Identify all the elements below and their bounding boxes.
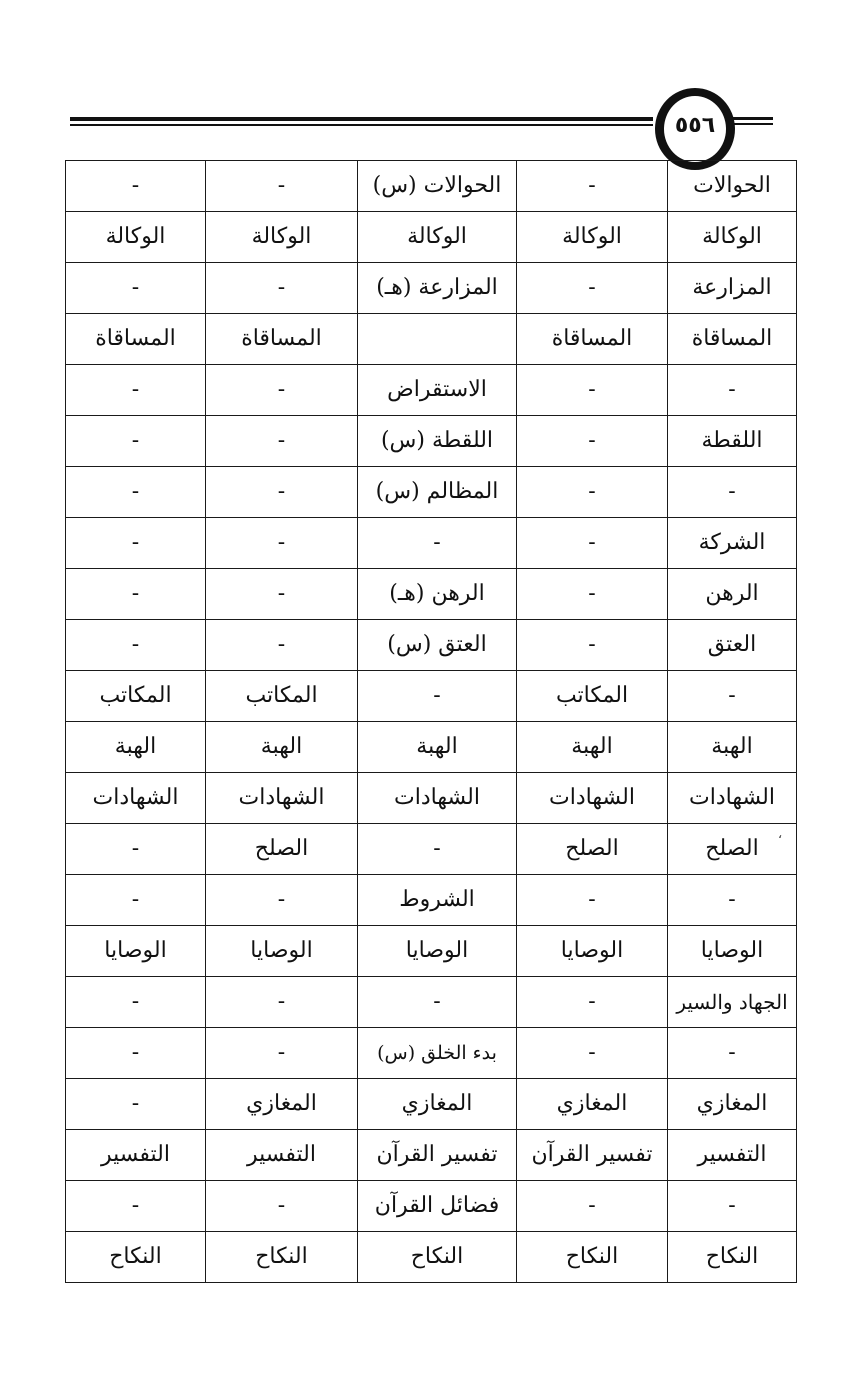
table-cell: -: [66, 620, 206, 671]
cell-text: المغازي: [402, 1091, 473, 1116]
cell-text: التفسير: [247, 1142, 316, 1167]
table-cell: -: [66, 161, 206, 212]
table-cell: الهبة: [206, 722, 358, 773]
table-cell: -: [358, 518, 517, 569]
cell-text: المساقاة: [241, 326, 322, 351]
table-cell: المغازي: [668, 1079, 797, 1130]
table-cell: المكاتب: [66, 671, 206, 722]
cell-text: المكاتب: [556, 683, 628, 708]
table-cell: العتق: [668, 620, 797, 671]
table-cell: اللقطة: [668, 416, 797, 467]
table-cell: -: [206, 263, 358, 314]
cell-text: -: [728, 1193, 735, 1218]
table-cell: بدء الخلق (س): [358, 1028, 517, 1079]
table-cell: -: [206, 467, 358, 518]
table-row: الوكالةالوكالةالوكالةالوكالةالوكالة: [66, 212, 797, 263]
cell-text: الشهادات: [239, 785, 325, 810]
table-cell: تفسير القرآن: [358, 1130, 517, 1181]
cell-text: -: [132, 530, 139, 555]
table-cell: -: [517, 569, 668, 620]
cell-text: -: [433, 989, 440, 1014]
cell-text: -: [588, 377, 595, 402]
table-cell: المغازي: [517, 1079, 668, 1130]
cell-text: -: [278, 275, 285, 300]
table-cell: -: [668, 671, 797, 722]
table-cell: الرهن (هـ): [358, 569, 517, 620]
cell-text: المغازي: [246, 1091, 317, 1116]
cell-text: النكاح: [109, 1244, 162, 1269]
cell-text: -: [278, 173, 285, 198]
cell-text: -: [278, 632, 285, 657]
table-cell: المكاتب: [206, 671, 358, 722]
table-cell: -: [206, 1181, 358, 1232]
table-row: المغازيالمغازيالمغازيالمغازي-: [66, 1079, 797, 1130]
table-cell: -: [668, 875, 797, 926]
table-cell: -: [517, 1028, 668, 1079]
table-cell: -: [517, 518, 668, 569]
stray-tick-mark: ʻ: [778, 834, 782, 846]
table-cell: الجهاد والسير: [668, 977, 797, 1028]
cell-text: -: [132, 377, 139, 402]
table-cell: الشهادات: [358, 773, 517, 824]
cell-text: الوكالة: [702, 224, 762, 249]
table-cell: -: [66, 1028, 206, 1079]
table-row: المزارعة-المزارعة (هـ)--: [66, 263, 797, 314]
cell-text: -: [728, 887, 735, 912]
cell-text: -: [588, 173, 595, 198]
table-cell: النكاح: [517, 1232, 668, 1283]
table-cell: -: [66, 824, 206, 875]
cell-text: النكاح: [706, 1244, 759, 1269]
cell-text: الوكالة: [562, 224, 622, 249]
table-cell: الشروط: [358, 875, 517, 926]
cell-text: -: [132, 428, 139, 453]
table-cell: -: [668, 1028, 797, 1079]
cell-text: المساقاة: [95, 326, 176, 351]
cell-text: -: [132, 1040, 139, 1065]
page-number: ٥٥٦: [675, 113, 715, 138]
cell-text: المكاتب: [99, 683, 171, 708]
table-cell: اللقطة (س): [358, 416, 517, 467]
table-cell: -: [66, 1079, 206, 1130]
cell-text: فضائل القرآن: [375, 1193, 499, 1218]
table-row: التفسيرتفسير القرآنتفسير القرآنالتفسيرال…: [66, 1130, 797, 1181]
header-double-rule-left: [70, 117, 653, 127]
cell-text: -: [132, 836, 139, 861]
table-cell: المساقاة: [206, 314, 358, 365]
table-cell: -: [668, 467, 797, 518]
cell-text: -: [132, 479, 139, 504]
table-cell: -: [206, 518, 358, 569]
table-row: الوصاياالوصاياالوصاياالوصاياالوصايا: [66, 926, 797, 977]
book-chapter-comparison-table: الحوالات-الحوالات (س)--الوكالةالوكالةالو…: [65, 160, 797, 1283]
cell-text: التفسير: [101, 1142, 170, 1167]
header-rule-thin-line: [70, 124, 653, 126]
table-cell: الهبة: [668, 722, 797, 773]
cell-text: الرهن: [705, 581, 758, 606]
cell-text: -: [588, 989, 595, 1014]
cell-text: -: [132, 989, 139, 1014]
table-cell: -: [206, 875, 358, 926]
cell-text: -: [588, 428, 595, 453]
cell-text: النكاح: [566, 1244, 619, 1269]
cell-text: -: [132, 1193, 139, 1218]
table-cell: -: [66, 977, 206, 1028]
cell-text: تفسير القرآن: [377, 1142, 498, 1167]
table-cell: التفسير: [668, 1130, 797, 1181]
cell-text: -: [132, 1091, 139, 1116]
cell-text: الوصايا: [104, 938, 166, 963]
table-cell: الصلحʻ: [668, 824, 797, 875]
cell-text: الشهادات: [394, 785, 480, 810]
table-cell: -: [66, 416, 206, 467]
cell-text: -: [433, 836, 440, 861]
table-cell: -: [66, 467, 206, 518]
cell-text: -: [433, 683, 440, 708]
cell-text: الهبة: [261, 734, 302, 759]
cell-text: -: [588, 1193, 595, 1218]
table-cell: الوصايا: [358, 926, 517, 977]
table-cell: الصلح: [206, 824, 358, 875]
table-cell: -: [517, 620, 668, 671]
table-cell: الصلح: [517, 824, 668, 875]
table-cell: الوصايا: [517, 926, 668, 977]
cell-text: المكاتب: [245, 683, 317, 708]
cell-text: -: [588, 887, 595, 912]
cell-text: العتق (س): [387, 632, 486, 657]
table-row: النكاحالنكاحالنكاحالنكاحالنكاح: [66, 1232, 797, 1283]
table-cell: -: [668, 1181, 797, 1232]
table-row: -المكاتب-المكاتبالمكاتب: [66, 671, 797, 722]
cell-text: -: [132, 275, 139, 300]
table-cell: الوكالة: [66, 212, 206, 263]
table-cell: الشهادات: [517, 773, 668, 824]
header-double-rule-right: [731, 117, 773, 127]
cell-text: الوصايا: [561, 938, 623, 963]
table-cell: المساقاة: [66, 314, 206, 365]
table-cell: الرهن: [668, 569, 797, 620]
table-cell: الحوالات (س): [358, 161, 517, 212]
table-cell: -: [66, 518, 206, 569]
table-cell: الوصايا: [66, 926, 206, 977]
table-cell: الشركة: [668, 518, 797, 569]
table-cell: الوصايا: [668, 926, 797, 977]
table-cell: -: [517, 977, 668, 1028]
table-cell: المكاتب: [517, 671, 668, 722]
table-cell: -: [358, 977, 517, 1028]
cell-text: -: [588, 275, 595, 300]
table-cell: النكاح: [206, 1232, 358, 1283]
cell-text: بدء الخلق (س): [377, 1042, 497, 1064]
cell-text: -: [132, 887, 139, 912]
cell-text: الشروط: [399, 887, 475, 912]
cell-text: -: [588, 581, 595, 606]
table-row: الجهاد والسير----: [66, 977, 797, 1028]
table-row: الصلحʻالصلح-الصلح-: [66, 824, 797, 875]
table-cell: [358, 314, 517, 365]
cell-text: -: [278, 1193, 285, 1218]
cell-text: الشهادات: [93, 785, 179, 810]
header-rule-thin-line: [731, 123, 773, 125]
cell-text: -: [278, 428, 285, 453]
cell-text: الاستقراض: [387, 377, 487, 402]
table-cell: -: [66, 263, 206, 314]
page-number-badge: ٥٥٦: [655, 88, 735, 170]
table-cell: -: [66, 365, 206, 416]
cell-text: -: [588, 632, 595, 657]
table-cell: -: [517, 875, 668, 926]
table-cell: الوكالة: [358, 212, 517, 263]
table-row: --الشروط--: [66, 875, 797, 926]
cell-text: المزارعة: [692, 275, 771, 300]
cell-text: -: [278, 479, 285, 504]
table-cell: -: [517, 416, 668, 467]
table-cell: الحوالات: [668, 161, 797, 212]
table-cell: -: [517, 263, 668, 314]
table-row: العتق-العتق (س)--: [66, 620, 797, 671]
cell-text: النكاح: [255, 1244, 308, 1269]
table-cell: النكاح: [668, 1232, 797, 1283]
cell-text: الشهادات: [689, 785, 775, 810]
table-cell: -: [358, 824, 517, 875]
table-cell: المساقاة: [668, 314, 797, 365]
cell-text: -: [588, 530, 595, 555]
table-cell: -: [206, 1028, 358, 1079]
header-rule-thick-line: [70, 117, 653, 121]
table-cell: المغازي: [358, 1079, 517, 1130]
table-cell: -: [66, 1181, 206, 1232]
cell-text: الصلح: [255, 836, 308, 861]
table-cell: الوصايا: [206, 926, 358, 977]
table-cell: -: [206, 416, 358, 467]
table-body: الحوالات-الحوالات (س)--الوكالةالوكالةالو…: [66, 161, 797, 1283]
cell-text: المساقاة: [552, 326, 633, 351]
cell-text: الصلح: [565, 836, 618, 861]
table-row: الشركة----: [66, 518, 797, 569]
cell-text: اللقطة: [701, 428, 762, 453]
cell-text: -: [728, 683, 735, 708]
table-cell: التفسير: [206, 1130, 358, 1181]
table-cell: المزارعة: [668, 263, 797, 314]
table-cell: -: [517, 161, 668, 212]
table-cell: المغازي: [206, 1079, 358, 1130]
table-cell: -: [206, 569, 358, 620]
cell-text: الوكالة: [252, 224, 312, 249]
table-cell: تفسير القرآن: [517, 1130, 668, 1181]
cell-text: الرهن (هـ): [389, 581, 485, 606]
table-cell: -: [358, 671, 517, 722]
header-rule-thick-line: [731, 117, 773, 120]
cell-text: الحوالات (س): [373, 173, 502, 198]
table-cell: النكاح: [66, 1232, 206, 1283]
table-cell: -: [66, 569, 206, 620]
cell-text: الهبة: [115, 734, 156, 759]
cell-text: المظالم (س): [376, 479, 499, 504]
table-cell: الهبة: [517, 722, 668, 773]
table-row: --بدء الخلق (س)--: [66, 1028, 797, 1079]
cell-text: النكاح: [411, 1244, 464, 1269]
table-row: --فضائل القرآن--: [66, 1181, 797, 1232]
table-row: المساقاةالمساقاةالمساقاةالمساقاة: [66, 314, 797, 365]
table-cell: الوكالة: [206, 212, 358, 263]
cell-text: الهبة: [711, 734, 752, 759]
cell-text: الوصايا: [250, 938, 312, 963]
cell-text: -: [588, 1040, 595, 1065]
cell-text: المغازي: [697, 1091, 768, 1116]
cell-text: المغازي: [557, 1091, 628, 1116]
table-cell: فضائل القرآن: [358, 1181, 517, 1232]
table-row: الشهاداتالشهاداتالشهاداتالشهاداتالشهادات: [66, 773, 797, 824]
table-cell: المظالم (س): [358, 467, 517, 518]
cell-text: -: [588, 479, 595, 504]
cell-text: الحوالات: [693, 173, 771, 198]
cell-text: الهبة: [571, 734, 612, 759]
cell-text: -: [728, 377, 735, 402]
table-cell: -: [66, 875, 206, 926]
table-cell: -: [206, 365, 358, 416]
cell-text: -: [278, 887, 285, 912]
cell-text: الوكالة: [407, 224, 467, 249]
cell-text: -: [278, 1040, 285, 1065]
table-cell: العتق (س): [358, 620, 517, 671]
cell-text: -: [433, 530, 440, 555]
cell-text: -: [278, 377, 285, 402]
cell-text: الوكالة: [106, 224, 166, 249]
cell-text: الوصايا: [701, 938, 763, 963]
table-cell: المزارعة (هـ): [358, 263, 517, 314]
table-cell: الوكالة: [668, 212, 797, 263]
cell-text: -: [132, 632, 139, 657]
cell-text: التفسير: [698, 1142, 767, 1167]
table-row: الرهن-الرهن (هـ)--: [66, 569, 797, 620]
table-cell: -: [206, 620, 358, 671]
table-cell: -: [206, 977, 358, 1028]
cell-text: المزارعة (هـ): [376, 275, 498, 300]
table-cell: -: [517, 365, 668, 416]
cell-text: الشهادات: [549, 785, 635, 810]
table-cell: -: [517, 467, 668, 518]
cell-text: المساقاة: [692, 326, 773, 351]
table-cell: الهبة: [66, 722, 206, 773]
cell-text: -: [728, 479, 735, 504]
cell-text: -: [728, 1040, 735, 1065]
table-cell: الوكالة: [517, 212, 668, 263]
cell-text: الوصايا: [406, 938, 468, 963]
table-row: الهبةالهبةالهبةالهبةالهبة: [66, 722, 797, 773]
cell-text: الشركة: [699, 530, 766, 555]
table-row: اللقطة-اللقطة (س)--: [66, 416, 797, 467]
table-cell: التفسير: [66, 1130, 206, 1181]
table-row: --المظالم (س)--: [66, 467, 797, 518]
table-cell: الشهادات: [206, 773, 358, 824]
cell-text: العتق: [708, 632, 756, 657]
table-cell: المساقاة: [517, 314, 668, 365]
cell-text: -: [278, 530, 285, 555]
table-row: --الاستقراض--: [66, 365, 797, 416]
cell-text: -: [278, 989, 285, 1014]
cell-text: الصلح: [705, 836, 758, 861]
cell-text: -: [132, 173, 139, 198]
table-cell: النكاح: [358, 1232, 517, 1283]
table-cell: -: [668, 365, 797, 416]
table-cell: الشهادات: [668, 773, 797, 824]
table-cell: الشهادات: [66, 773, 206, 824]
table-cell: الاستقراض: [358, 365, 517, 416]
table-cell: الهبة: [358, 722, 517, 773]
table-row: الحوالات-الحوالات (س)--: [66, 161, 797, 212]
cell-text: اللقطة (س): [381, 428, 493, 453]
cell-text: -: [278, 581, 285, 606]
cell-text: -: [132, 581, 139, 606]
table-cell: -: [206, 161, 358, 212]
cell-text: الهبة: [416, 734, 457, 759]
table-cell: -: [517, 1181, 668, 1232]
cell-text: الجهاد والسير: [676, 990, 787, 1014]
cell-text: تفسير القرآن: [532, 1142, 653, 1167]
